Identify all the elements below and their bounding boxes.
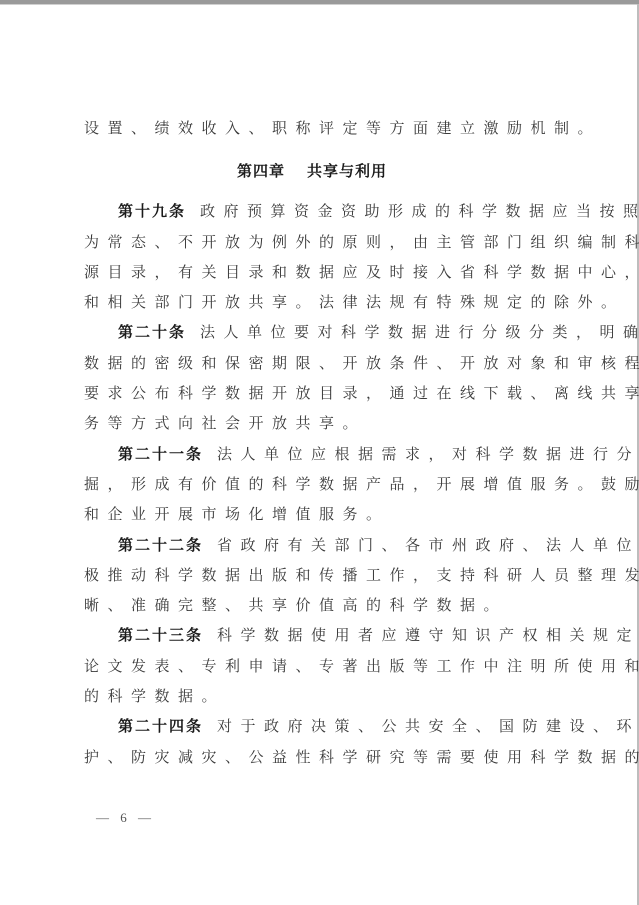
chapter-number: 第四章 bbox=[237, 162, 285, 180]
article-line: 极推动科学数据出版和传播工作，支持科研人员整理发表产权清 bbox=[84, 560, 556, 590]
article-21: 第二十一条法人单位应根据需求，对科学数据进行分析挖 掘，形成有价值的科学数据产品… bbox=[84, 439, 556, 530]
chapter-heading: 第四章共享与利用 bbox=[84, 156, 556, 186]
article-line: 的科学数据。 bbox=[84, 681, 556, 711]
article-first-line: 第十九条政府预算资金资助形成的科学数据应当按照开放 bbox=[84, 196, 556, 226]
article-first-line: 第二十四条对于政府决策、公共安全、国防建设、环境保 bbox=[84, 711, 556, 741]
article-label: 第二十四条 bbox=[118, 717, 203, 735]
article-first-line: 第二十条法人单位要对科学数据进行分级分类，明确科学 bbox=[84, 317, 556, 347]
article-label: 第二十二条 bbox=[118, 536, 203, 554]
article-22: 第二十二条省政府有关部门、各市州政府、法人单位应积 极推动科学数据出版和传播工作… bbox=[84, 530, 556, 621]
article-label: 第十九条 bbox=[118, 202, 186, 220]
article-first-line: 第二十二条省政府有关部门、各市州政府、法人单位应积 bbox=[84, 530, 556, 560]
article-first-line: 第二十三条科学数据使用者应遵守知识产权相关规定，在 bbox=[84, 620, 556, 650]
viewer-top-divider bbox=[0, 4, 639, 5]
article-line: 源目录，有关目录和数据应及时接入省科学数据中心，面向社会 bbox=[84, 257, 556, 287]
chapter-title: 共享与利用 bbox=[307, 162, 387, 180]
article-line: 和企业开展市场化增值服务。 bbox=[84, 499, 556, 529]
article-line: 数据的密级和保密期限、开放条件、开放对象和审核程序等，按 bbox=[84, 348, 556, 378]
article-23: 第二十三条科学数据使用者应遵守知识产权相关规定，在 论文发表、专利申请、专著出版… bbox=[84, 620, 556, 711]
article-label: 第二十一条 bbox=[118, 445, 203, 463]
document-page: 设置、绩效收入、职称评定等方面建立激励机制。 第四章共享与利用 第十九条政府预算… bbox=[84, 113, 556, 772]
article-24: 第二十四条对于政府决策、公共安全、国防建设、环境保 护、防灾减灾、公益性科学研究… bbox=[84, 711, 556, 772]
intro-line: 设置、绩效收入、职称评定等方面建立激励机制。 bbox=[84, 113, 556, 143]
article-label: 第二十条 bbox=[118, 323, 186, 341]
article-line: 晰、准确完整、共享价值高的科学数据。 bbox=[84, 590, 556, 620]
page-number: — 6 — bbox=[96, 810, 155, 826]
article-line: 和相关部门开放共享。法律法规有特殊规定的除外。 bbox=[84, 287, 556, 317]
article-19: 第十九条政府预算资金资助形成的科学数据应当按照开放 为常态、不开放为例外的原则，… bbox=[84, 196, 556, 317]
article-20: 第二十条法人单位要对科学数据进行分级分类，明确科学 数据的密级和保密期限、开放条… bbox=[84, 317, 556, 438]
article-text: 省政府有关部门、各市州政府、法人单位应积 bbox=[217, 536, 639, 554]
article-first-line: 第二十一条法人单位应根据需求，对科学数据进行分析挖 bbox=[84, 439, 556, 469]
article-line: 论文发表、专利申请、专著出版等工作中注明所使用和参考引用 bbox=[84, 651, 556, 681]
article-text: 科学数据使用者应遵守知识产权相关规定，在 bbox=[217, 626, 639, 644]
article-label: 第二十三条 bbox=[118, 626, 203, 644]
article-text: 法人单位应根据需求，对科学数据进行分析挖 bbox=[217, 445, 639, 463]
article-line: 掘，形成有价值的科学数据产品，开展增值服务。鼓励社会组织 bbox=[84, 469, 556, 499]
article-line: 务等方式向社会开放共享。 bbox=[84, 408, 556, 438]
article-text: 法人单位要对科学数据进行分级分类，明确科学 bbox=[200, 323, 639, 341]
article-text: 政府预算资金资助形成的科学数据应当按照开放 bbox=[200, 202, 639, 220]
article-line: 为常态、不开放为例外的原则，由主管部门组织编制科学数据资 bbox=[84, 227, 556, 257]
article-line: 护、防灾减灾、公益性科学研究等需要使用科学数据的，法人单 bbox=[84, 742, 556, 772]
article-line: 要求公布科学数据开放目录，通过在线下载、离线共享或定制服 bbox=[84, 378, 556, 408]
article-text: 对于政府决策、公共安全、国防建设、环境保 bbox=[217, 717, 639, 735]
